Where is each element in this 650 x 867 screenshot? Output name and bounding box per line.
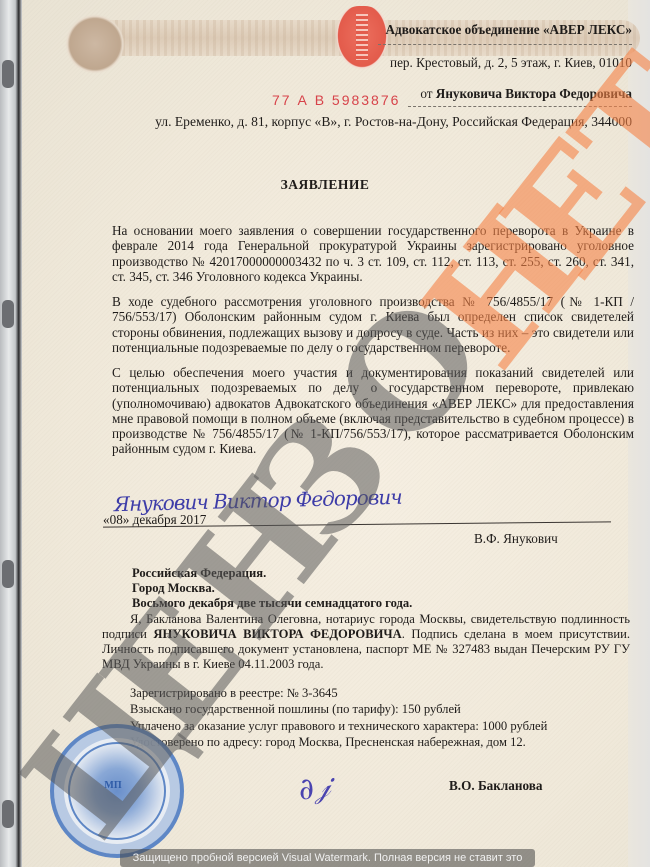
from-line: от Януковича Виктора Федоровича: [420, 86, 632, 101]
signer-name: В.Ф. Янукович: [474, 531, 558, 546]
paragraph-text: На основании моего заявления о совершени…: [112, 223, 634, 284]
service-fee: Уплачено за оказание услуг правового и т…: [130, 718, 610, 734]
notary-country: Российская Федерация.: [132, 566, 632, 581]
paragraph-text: В ходе судебного рассмотрения уголовного…: [112, 294, 634, 355]
notary-date: Восьмого декабря две тысячи семнадцатого…: [132, 596, 632, 611]
document-title: ЗАЯВЛЕНИЕ: [0, 177, 650, 193]
trial-watermark-banner: Защищено пробной версией Visual Watermar…: [120, 849, 535, 867]
binder-edge: [0, 0, 22, 867]
notary-certification: Я, Бакланова Валентина Олеговна, нотариу…: [102, 612, 630, 672]
paragraph-2: В ходе судебного рассмотрения уголовного…: [112, 294, 634, 355]
rosette-ornament-icon: [60, 14, 130, 74]
binder-hole: [2, 560, 14, 588]
binder-hole: [2, 60, 14, 88]
dashed-line: [378, 44, 632, 45]
binder-hole: [2, 300, 14, 328]
state-fee: Взыскано государственной пошлины (по тар…: [130, 701, 610, 717]
notary-city: Город Москва.: [132, 581, 632, 596]
organization-address: пер. Крестовый, д. 2, 5 этаж, г. Киев, 0…: [390, 55, 632, 70]
seal-label: МП: [50, 780, 176, 791]
emblem-tower-icon: [356, 14, 368, 60]
from-address: ул. Еременко, д. 81, корпус «В», г. Рост…: [155, 114, 632, 129]
registry-number: Зарегистрировано в реестре: № 3-3645: [130, 685, 610, 701]
signature-date: «08» декабря 2017: [103, 512, 206, 527]
from-prefix: от: [420, 86, 435, 101]
notary-handwritten-signature: ∂𝒿: [296, 763, 374, 832]
form-serial-number: 77 А В 5983876: [272, 92, 400, 108]
paragraph-3: С целью обеспечения моего участия и доку…: [112, 365, 634, 457]
organization-name: Адвокатское объединение «АВЕР ЛЕКС»: [386, 22, 632, 37]
certified-address: Удостоверено по адресу: город Москва, Пр…: [130, 734, 610, 750]
notary-seal-icon: [50, 724, 184, 858]
dashed-line: [408, 106, 632, 107]
from-name: Януковича Виктора Федоровича: [436, 86, 632, 101]
notary-name: В.О. Бакланова: [449, 778, 542, 793]
notary-fees: Зарегистрировано в реестре: № 3-3645 Взы…: [130, 685, 610, 750]
paragraph-1: На основании моего заявления о совершени…: [112, 223, 634, 284]
paragraph-text: С целью обеспечения моего участия и доку…: [112, 365, 634, 457]
binder-hole: [2, 800, 14, 828]
notary-principal-name: ЯНУКОВИЧА ВИКТОРА ФЕДОРОВИЧА: [153, 627, 401, 641]
